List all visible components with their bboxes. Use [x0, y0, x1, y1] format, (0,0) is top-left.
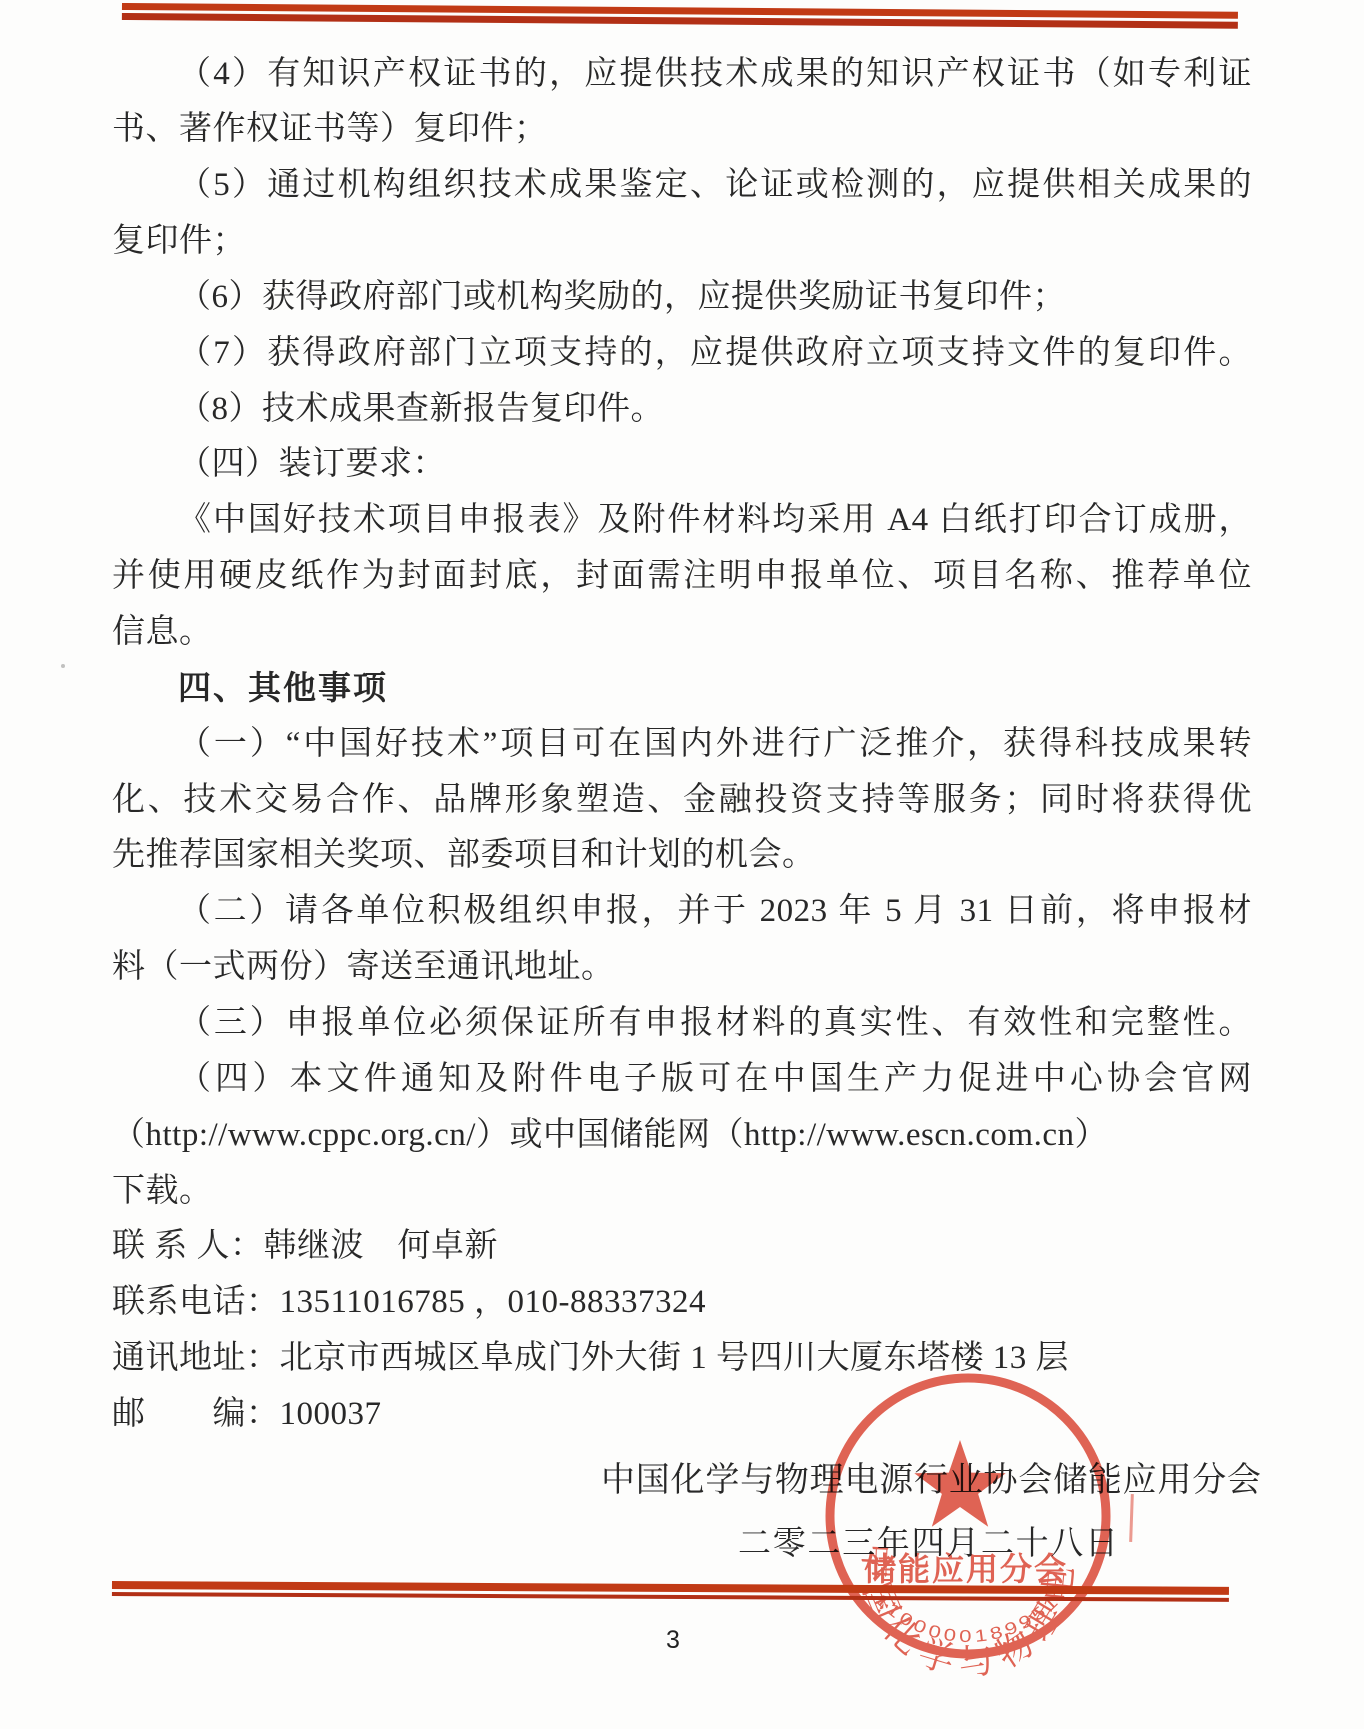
seal-branch-text: 储能应用分会 [864, 1551, 1068, 1587]
document-line: （三）申报单位必须保证所有申报材料的真实性、有效性和完整性。 [112, 1002, 1252, 1044]
document-line: （一）“中国好技术”项目可在国内外进行广泛推介，获得科技成果转 [112, 723, 1252, 765]
scan-speck [61, 664, 65, 668]
document-line: 书、著作权证书等）复印件； [112, 108, 1252, 150]
document-line: 料（一式两份）寄送至通讯地址。 [112, 946, 1252, 988]
page-number: 3 [645, 1626, 701, 1655]
star-icon [914, 1440, 1005, 1527]
document-line: 并使用硬皮纸作为封面封底，封面需注明申报单位、项目名称、推荐单位 [112, 555, 1252, 597]
document-line: （四）装订要求： [112, 443, 1252, 485]
document-line: （8）技术成果查新报告复印件。 [112, 388, 1252, 430]
seal-smudge [1129, 1494, 1134, 1542]
document-line: 先推荐国家相关奖项、部委项目和计划的机会。 [112, 834, 1252, 876]
document-line: 信息。 [112, 611, 1252, 653]
document-line: 联系电话：13511016785 ，010-88337324 [112, 1281, 1252, 1323]
document-line: 化、技术交易合作、品牌形象塑造、金融投资支持等服务；同时将获得优 [112, 779, 1252, 821]
document-line: （四）本文件通知及附件电子版可在中国生产力促进中心协会官网 [112, 1058, 1252, 1100]
document-line: 《中国好技术项目申报表》及附件材料均采用 A4 白纸打印合订成册， [112, 499, 1252, 541]
document-line: 下载。 [112, 1170, 1252, 1212]
document-line: 四、其他事项 [112, 667, 1252, 709]
document-page: （4）有知识产权证书的，应提供技术成果的知识产权证书（如专利证书、著作权证书等）… [0, 0, 1364, 1729]
header-rule [122, 3, 1238, 29]
document-line: 复印件； [112, 220, 1252, 262]
document-line: （6）获得政府部门或机构奖励的，应提供奖励证书复印件； [112, 276, 1252, 318]
document-line: （http://www.cppc.org.cn/）或中国储能网（http://w… [112, 1114, 1252, 1156]
official-seal: 中国化学与物理电源行业协会 储能应用分会 1100000189951 [803, 1351, 1133, 1681]
document-line: 联 系 人：韩继波 何卓新 [112, 1225, 1252, 1267]
document-line: （5）通过机构组织技术成果鉴定、论证或检测的，应提供相关成果的 [112, 164, 1252, 206]
document-line: （二）请各单位积极组织申报，并于 2023 年 5 月 31 日前，将申报材 [112, 890, 1252, 932]
document-line: （7）获得政府部门立项支持的，应提供政府立项支持文件的复印件。 [112, 332, 1252, 374]
document-line: （4）有知识产权证书的，应提供技术成果的知识产权证书（如专利证 [112, 53, 1252, 95]
